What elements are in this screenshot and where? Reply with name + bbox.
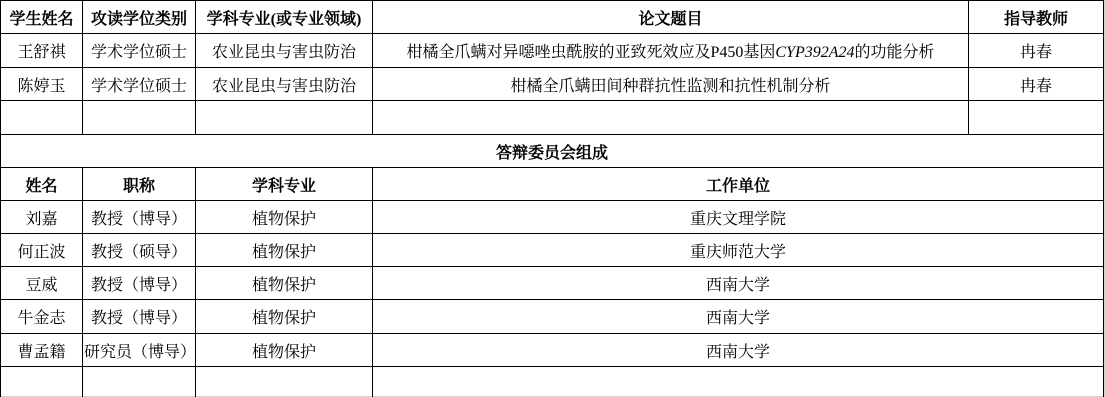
committee-name-cell: 刘嘉 (1, 201, 83, 234)
committee-major-cell: 植物保护 (196, 267, 373, 300)
work-unit-cell: 重庆文理学院 (373, 201, 1104, 234)
committee-row: 刘嘉 教授（博导） 植物保护 重庆文理学院 (1, 201, 1104, 234)
committee-row-empty (1, 367, 1104, 397)
advisor-cell (969, 101, 1104, 135)
committee-major-cell: 植物保护 (196, 334, 373, 367)
thesis-title-text: 柑橘全爪螨田间种群抗性监测和抗性机制分析 (510, 78, 830, 95)
degree-type-cell: 学术学位硕士 (83, 34, 196, 68)
student-name-cell (1, 101, 83, 135)
committee-major-cell: 植物保护 (196, 300, 373, 334)
committee-header-row: 姓名 职称 学科专业 工作单位 (1, 168, 1104, 201)
committee-section-title: 答辩委员会组成 (1, 135, 1104, 168)
committee-row: 牛金志 教授（博导） 植物保护 西南大学 (1, 300, 1104, 334)
thesis-title-text: 柑橘全爪螨对异噁唑虫酰胺的亚致死效应及P450基因 (406, 44, 775, 61)
committee-major-cell (196, 367, 373, 397)
committee-row: 曹孟籍 研究员（博导） 植物保护 西南大学 (1, 334, 1104, 367)
header-degree-type: 攻读学位类别 (83, 1, 196, 34)
committee-section-row: 答辩委员会组成 (1, 135, 1104, 168)
advisor-cell: 冉春 (969, 68, 1104, 101)
gene-name-italic: CYP392A24 (775, 44, 854, 61)
student-row-empty (1, 101, 1104, 135)
committee-rank-cell: 教授（博导） (83, 300, 196, 334)
committee-name-cell: 何正波 (1, 234, 83, 267)
committee-name-cell: 曹孟籍 (1, 334, 83, 367)
thesis-title-cell: 柑橘全爪螨田间种群抗性监测和抗性机制分析 (373, 68, 969, 101)
students-header-row: 学生姓名 攻读学位类别 学科专业(或专业领域) 论文题目 指导教师 (1, 1, 1104, 34)
major-cell (196, 101, 373, 135)
committee-rank-cell: 教授（博导） (83, 201, 196, 234)
document-sheet: 学生姓名 攻读学位类别 学科专业(或专业领域) 论文题目 指导教师 王舒祺 学术… (0, 0, 1105, 397)
work-unit-cell (373, 367, 1104, 397)
degree-type-cell: 学术学位硕士 (83, 68, 196, 101)
committee-rank-cell: 研究员（博导） (83, 334, 196, 367)
committee-name-cell: 豆威 (1, 267, 83, 300)
header-committee-rank: 职称 (83, 168, 196, 201)
student-row: 陈婷玉 学术学位硕士 农业昆虫与害虫防治 柑橘全爪螨田间种群抗性监测和抗性机制分… (1, 68, 1104, 101)
student-name-cell: 陈婷玉 (1, 68, 83, 101)
header-major: 学科专业(或专业领域) (196, 1, 373, 34)
work-unit-cell: 西南大学 (373, 267, 1104, 300)
committee-rank-cell: 教授（硕导） (83, 234, 196, 267)
major-cell: 农业昆虫与害虫防治 (196, 34, 373, 68)
committee-row: 豆威 教授（博导） 植物保护 西南大学 (1, 267, 1104, 300)
work-unit-cell: 西南大学 (373, 334, 1104, 367)
committee-name-cell (1, 367, 83, 397)
student-name-cell: 王舒祺 (1, 34, 83, 68)
thesis-title-cell (373, 101, 969, 135)
committee-name-cell: 牛金志 (1, 300, 83, 334)
degree-type-cell (83, 101, 196, 135)
header-thesis-title: 论文题目 (373, 1, 969, 34)
header-committee-name: 姓名 (1, 168, 83, 201)
committee-major-cell: 植物保护 (196, 201, 373, 234)
header-committee-major: 学科专业 (196, 168, 373, 201)
thesis-title-text-post: 的功能分析 (855, 44, 935, 61)
header-advisor: 指导教师 (969, 1, 1104, 34)
thesis-defense-table: 学生姓名 攻读学位类别 学科专业(或专业领域) 论文题目 指导教师 王舒祺 学术… (0, 0, 1104, 397)
committee-major-cell: 植物保护 (196, 234, 373, 267)
committee-rank-cell: 教授（博导） (83, 267, 196, 300)
header-student-name: 学生姓名 (1, 1, 83, 34)
committee-rank-cell (83, 367, 196, 397)
work-unit-cell: 重庆师范大学 (373, 234, 1104, 267)
header-work-unit: 工作单位 (373, 168, 1104, 201)
major-cell: 农业昆虫与害虫防治 (196, 68, 373, 101)
advisor-cell: 冉春 (969, 34, 1104, 68)
committee-row: 何正波 教授（硕导） 植物保护 重庆师范大学 (1, 234, 1104, 267)
student-row: 王舒祺 学术学位硕士 农业昆虫与害虫防治 柑橘全爪螨对异噁唑虫酰胺的亚致死效应及… (1, 34, 1104, 68)
work-unit-cell: 西南大学 (373, 300, 1104, 334)
thesis-title-cell: 柑橘全爪螨对异噁唑虫酰胺的亚致死效应及P450基因CYP392A24的功能分析 (373, 34, 969, 68)
